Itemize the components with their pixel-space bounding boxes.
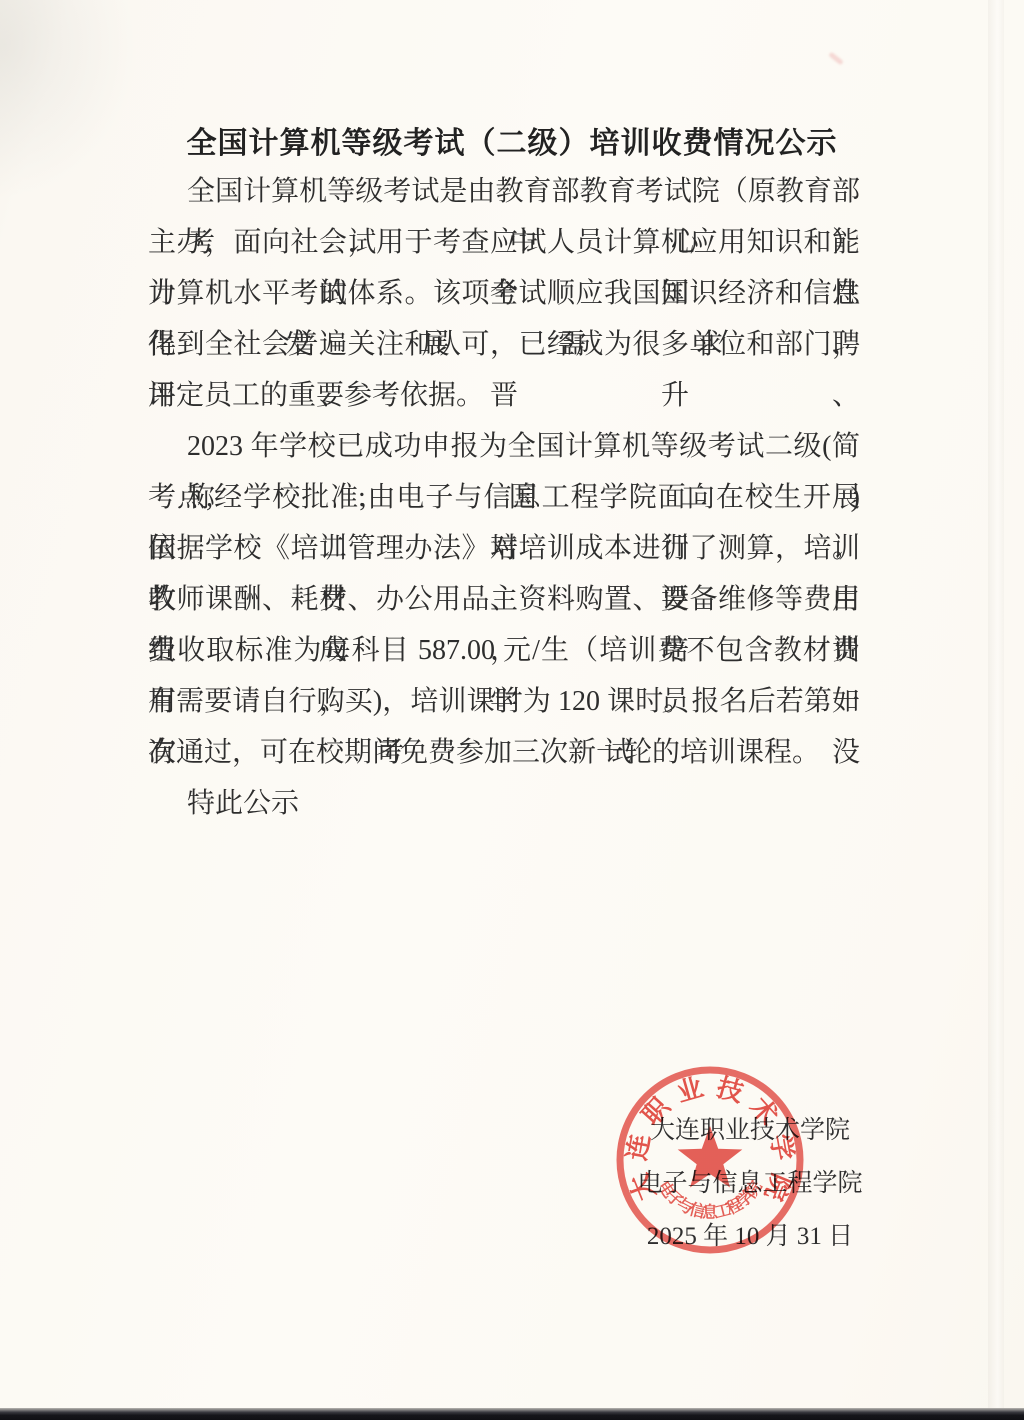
body-text-line: 费收取标准为每科目 587.00 元/生（培训费不包含教材费用，学员如 [148,625,860,676]
document-body: 全国计算机等级考试是由教育部教育考试院（原教育部考试中心） 主办，面向社会，用于… [148,166,860,829]
seal-arc-char: 连 [622,1132,655,1163]
official-seal: 大 连 职 业 技 术 学 院 电 子 与 信 息 工 程 学 院 [605,1048,815,1278]
body-text-line: 2023 年学校已成功申报为全国计算机等级考试二级(简称:国二) [148,421,860,472]
ink-smudge [828,52,844,66]
scan-right-edge [988,0,1004,1412]
body-text-line: 有通过，可在校期间免费参加三次新一轮的培训课程。 [148,727,860,778]
closing-line: 特此公示 [148,778,860,829]
scan-corner-shading [0,0,140,200]
body-text-line: 计算机水平考试体系。该项考试顺应我国知识经济和信息化发展需求， [148,268,860,319]
scanner-edge-bar [0,1408,1024,1420]
seal-arc-char: 技 [713,1073,746,1108]
scanned-document-page: 全国计算机等级考试（二级）培训收费情况公示 全国计算机等级考试是由教育部教育考试… [0,0,1024,1420]
body-text-line: 教师课酬、耗材、办公用品、资料购置、设备维修等费用组成，培训 [148,574,860,625]
body-text-line: 有需要请自行购买)，培训课时为 120 课时。报名后若第一次考试没 [148,676,860,727]
document-title: 全国计算机等级考试（二级）培训收费情况公示 [0,118,1024,162]
body-text-line: 考点,经学校批准,由电子与信息工程学院面向在校生开展国二培训。 [148,472,860,523]
body-text-line: 得到全社会普遍关注和认可，已经成为很多单位和部门聘用、晋升、 [148,319,860,370]
seal-arc-char: 业 [674,1073,707,1108]
seal-arc-char: 学 [765,1132,798,1163]
seal-star-icon [678,1126,743,1188]
body-text-line: 依据学校《培训管理办法》对培训成本进行了测算，培训收费主要由 [148,523,860,574]
body-text-line: 主办，面向社会，用于考查应试人员计算机应用知识和能力的全国性 [148,217,860,268]
body-text-line: 全国计算机等级考试是由教育部教育考试院（原教育部考试中心） [148,166,860,217]
